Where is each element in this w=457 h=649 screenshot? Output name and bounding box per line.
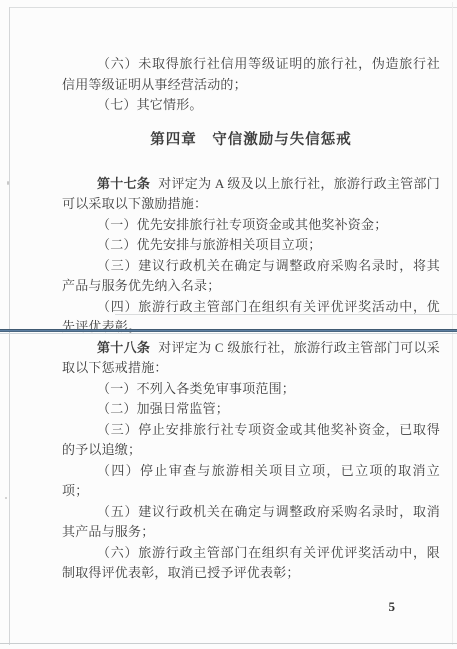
- article-paragraph: 第十八条对评定为 C 级旅行社，旅游行政主管部门可以采取以下惩戒措施：: [62, 338, 440, 379]
- scanned-document-page: （六）未取得旅行社信用等级证明的旅行社，伪造旅行社信用等级证明从事经营活动的；（…: [0, 0, 457, 649]
- page-bottom-edge-line: [0, 643, 457, 644]
- clause-item: （五）建议行政机关在确定与调整政府采购名录时，取消其产品与服务；: [62, 502, 440, 543]
- clause-item: （六）未取得旅行社信用等级证明的旅行社，伪造旅行社信用等级证明从事经营活动的；: [62, 54, 440, 95]
- page-left-edge-line: [9, 7, 10, 645]
- scan-speck: [5, 497, 7, 499]
- clause-item: （三）停止安排旅行社专项资金或其他奖补资金，已取得的予以追缴；: [62, 420, 440, 461]
- clause-item: （一）不列入各类免审事项范围；: [62, 379, 440, 400]
- scan-speck: [7, 181, 9, 185]
- clause-item: （四）停止审查与旅游相关项目立项，已立项的取消立项；: [62, 461, 440, 502]
- clause-item: （六）旅游行政主管部门在组织有关评优评奖活动中，限制取得评优表彰，取消已授予评优…: [62, 543, 440, 584]
- clause-item: （二）优先安排与旅游相关项目立项；: [62, 235, 440, 256]
- scan-artifact-faint-line: [115, 314, 457, 315]
- clause-item: （一）优先安排旅行社专项资金或其他奖补资金；: [62, 215, 440, 236]
- article-paragraph: 第十七条对评定为 A 级及以上旅行社，旅游行政主管部门可以采取以下激励措施：: [62, 174, 440, 215]
- clause-item: （三）建议行政机关在确定与调整政府采购名录时，将其产品与服务优先纳入名录；: [62, 256, 440, 297]
- page-number: 5: [389, 599, 396, 615]
- chapter-heading: 第四章 守信激励与失信惩戒: [62, 130, 440, 151]
- article-number: 第十八条: [97, 340, 150, 355]
- clause-item: （二）加强日常监管；: [62, 399, 440, 420]
- document-body: （六）未取得旅行社信用等级证明的旅行社，伪造旅行社信用等级证明从事经营活动的；（…: [62, 54, 440, 584]
- clause-item: （七）其它情形。: [62, 95, 440, 116]
- page-right-edge-line: [452, 2, 453, 645]
- scan-artifact-blue-line: [0, 329, 457, 332]
- article-number: 第十七条: [97, 176, 150, 191]
- scan-artifact-blue-line-shadow: [0, 333, 457, 334]
- page-top-edge-line: [10, 7, 457, 8]
